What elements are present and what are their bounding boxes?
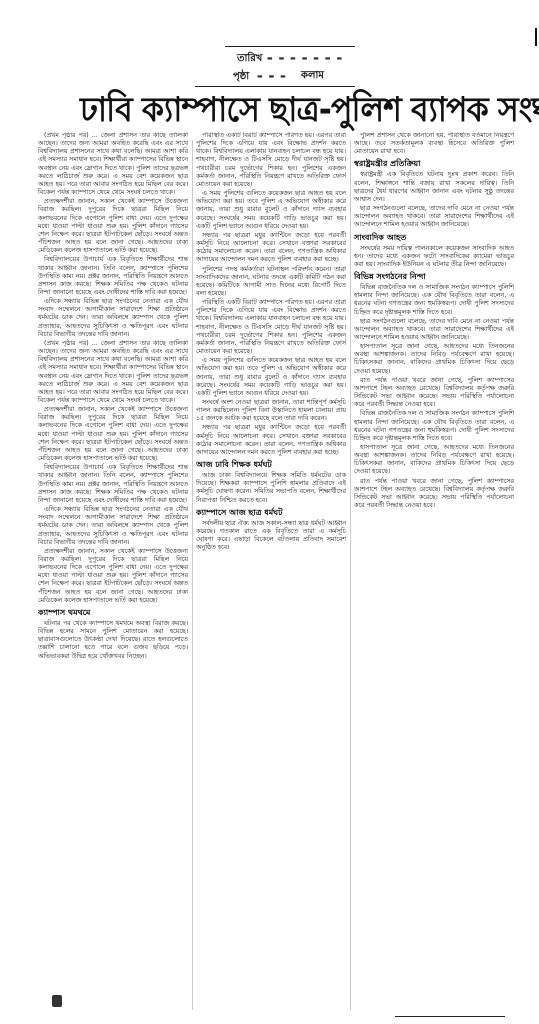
- article-column-2: পরিস্থিতি একটি বিরাট ক্যাম্পাসে পরিণত হয…: [196, 132, 346, 1012]
- paragraph: পরিস্থিতি একটি বিরাট ক্যাম্পাসে পরিণত হয…: [196, 299, 346, 356]
- paragraph: পুলিশের পদস্থ কর্মকর্তারা ঘটনাস্থল পরিদর…: [196, 266, 346, 299]
- paragraph: (প্রথম পৃষ্ঠার পর) ... জেলা প্রশাসন তার …: [38, 340, 188, 405]
- masthead-rule-top: [225, 46, 355, 47]
- paragraph: বিভিন্ন রাজনৈতিক দল ও সামাজিক সংগঠন ক্যা…: [354, 410, 514, 443]
- paragraph: ঘটনার পর থেকে ক্যাম্পাসে থমথমে অবস্থা বি…: [38, 620, 188, 661]
- paragraph: হাসপাতাল সূত্রে জানা গেছে, আহতদের মধ্যে …: [354, 343, 514, 376]
- masthead-date-label: তারিখ: [237, 51, 262, 68]
- subheading: আজ ঢাবি শিক্ষক ধর্মঘট: [196, 460, 346, 470]
- article-column-3: পুলিশ প্রশাসন থেকে জানানো হয়, পরিস্থিতি…: [354, 132, 514, 1022]
- masthead-dotted-field: ▬ ▬ ▬: [257, 73, 288, 80]
- paragraph: বিশ্ববিদ্যালয়ের উপাচার্য এক বিবৃতিতে শি…: [38, 256, 188, 297]
- paragraph: স্বরাষ্ট্রমন্ত্রী এক বিবৃতিতে ঘটনায় দুঃ…: [354, 171, 514, 204]
- paragraph: সংঘর্ষের সময় দায়িত্ব পালনকালে কয়েকজন …: [354, 245, 514, 269]
- footer-rule: [395, 1016, 505, 1017]
- paragraph: এদিকে সন্ধ্যায় বিভিন্ন ছাত্র সংগঠনের নে…: [38, 298, 188, 339]
- masthead-page-label: পৃষ্ঠা: [233, 69, 249, 86]
- paragraph: এ সময় পুলিশের গুলিতে কয়েকজন ছাত্র আহত …: [196, 357, 346, 398]
- paragraph: পরিস্থিতি একটি বিরাট ক্যাম্পাসে পরিণত হয…: [196, 132, 346, 189]
- article-column-1: (প্রথম পৃষ্ঠার পর) ... জেলা প্রশাসন তার …: [38, 132, 188, 1012]
- subheading: স্বরাষ্ট্রমন্ত্রীর প্রতিক্রিয়া: [354, 159, 514, 169]
- column-divider: [192, 140, 193, 1010]
- paragraph: ছাত্র সংগঠনগুলো বলেছে, তাদের দাবি মেনে ন…: [354, 318, 514, 342]
- paragraph: হাসপাতাল সূত্রে জানা গেছে, আহতদের মধ্যে …: [354, 444, 514, 477]
- paragraph: সন্ধ্যার পর ছাত্ররা মধুর ক্যান্টিনে জড়ো…: [196, 424, 346, 457]
- paragraph: পুলিশ প্রশাসন থেকে জানানো হয়, পরিস্থিতি…: [354, 132, 514, 156]
- masthead-dotted-field: ▬ ▬ ▬ ▬ ▬ ▬ ▬: [267, 55, 344, 62]
- paragraph: বিশ্ববিদ্যালয়ের উপাচার্য এক বিবৃতিতে শি…: [38, 464, 188, 505]
- paragraph: সন্ধ্যার পর ছাত্ররা মধুর ক্যান্টিনে জড়ো…: [196, 232, 346, 265]
- paragraph: আজ ঢাকা বিশ্ববিদ্যালয়ে শিক্ষক সমিতি ধর্…: [196, 472, 346, 505]
- subheading: ক্যাম্পাসে আজ ছাত্র ধর্মঘট: [196, 508, 346, 518]
- paragraph: বিভিন্ন রাজনৈতিক দল ও সামাজিক সংগঠন ক্যা…: [354, 284, 514, 317]
- paragraph: রাত পর্যন্ত পাওয়া খবরে জানা গেছে, পুলিশ…: [354, 377, 514, 410]
- masthead-rule-bottom: [195, 86, 355, 87]
- paragraph: রাত পর্যন্ত পাওয়া খবরে জানা গেছে, পুলিশ…: [354, 478, 514, 511]
- scan-artifact: [52, 995, 62, 1007]
- paragraph: প্রত্যক্ষদর্শীরা জানান, সকাল থেকেই ক্যাম…: [38, 406, 188, 463]
- paragraph: ছাত্র সংগঠনগুলো বলেছে, তাদের দাবি মেনে ন…: [354, 205, 514, 229]
- masthead-paper-name: কলাম: [301, 68, 324, 85]
- column-divider: [350, 140, 351, 1010]
- paragraph: সংঘর্ষে অংশ নেওয়া ছাত্ররা জানান, তারা শ…: [196, 399, 346, 423]
- paragraph: এদিকে সন্ধ্যায় বিভিন্ন ছাত্র সংগঠনের নে…: [38, 506, 188, 547]
- clipping-masthead: তারিখ ▬ ▬ ▬ ▬ ▬ ▬ ▬ পৃষ্ঠা ▬ ▬ ▬ কলাম: [195, 44, 355, 90]
- paragraph: এ সময় পুলিশের গুলিতে কয়েকজন ছাত্র আহত …: [196, 190, 346, 231]
- subheading: ক্যাম্পাস থমথমে: [38, 608, 188, 618]
- subheading: সাংবাদিক আহত: [354, 233, 514, 243]
- edge-mark: [535, 28, 537, 46]
- paragraph: প্রত্যক্ষদর্শীরা জানান, সকাল থেকেই ক্যাম…: [38, 198, 188, 255]
- paragraph: (প্রথম পৃষ্ঠার পর) ... জেলা প্রশাসন তার …: [38, 132, 188, 197]
- subheading: বিভিন্ন সংগঠনের নিন্দা: [354, 272, 514, 282]
- paragraph: প্রত্যক্ষদর্শীরা জানান, সকাল থেকেই ক্যাম…: [38, 548, 188, 605]
- headline: ঢাবি ক্যাম্পাসে ছাত্র-পুলিশ ব্যাপক সংঘর্…: [80, 88, 489, 132]
- paragraph: সর্বদলীয় ছাত্র ঐক্য আজ সকাল-সন্ধ্যা ছাত…: [196, 520, 346, 553]
